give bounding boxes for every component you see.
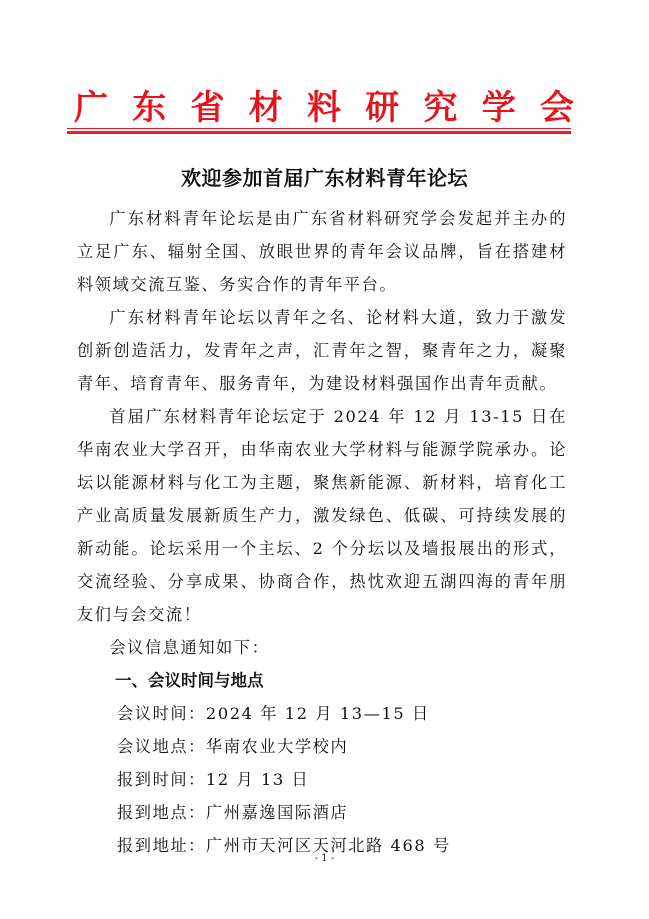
letterhead-rule-thin (67, 128, 571, 129)
org-title-char: 究 (424, 80, 458, 129)
document-title: 欢迎参加首届广东材料青年论坛 (0, 162, 649, 191)
page-number: - 1 - (0, 853, 649, 864)
paragraph-mission: 广东材料青年论坛以青年之名、论材料大道，致力于激发创新创造活力，发青年之声，汇青… (77, 301, 567, 400)
org-title-char: 会 (540, 80, 574, 129)
paragraph-intro: 广东材料青年论坛是由广东省材料研究学会发起并主办的立足广东、辐射全国、放眼世界的… (77, 202, 567, 301)
org-title-char: 研 (365, 80, 399, 129)
info-registration-location: 报到地点：广州嘉逸国际酒店 (77, 796, 567, 829)
info-meeting-time: 会议时间：2024 年 12 月 13—15 日 (77, 697, 567, 730)
info-meeting-location: 会议地点：华南农业大学校内 (77, 730, 567, 763)
info-registration-time: 报到时间：12 月 13 日 (77, 763, 567, 796)
org-title-char: 学 (482, 80, 516, 129)
paragraph-details: 首届广东材料青年论坛定于 2024 年 12 月 13-15 日在华南农业大学召… (77, 400, 567, 631)
letterhead-rule-thick (67, 131, 571, 134)
org-title-char: 东 (132, 80, 166, 129)
document-body: 广东材料青年论坛是由广东省材料研究学会发起并主办的立足广东、辐射全国、放眼世界的… (77, 202, 567, 862)
org-title-char: 材 (249, 80, 283, 129)
section-heading-time-location: 一、会议时间与地点 (77, 664, 567, 697)
org-title-char: 广 (74, 80, 108, 129)
org-letterhead-title: 广 东 省 材 料 研 究 学 会 (74, 80, 574, 128)
org-title-char: 料 (307, 80, 341, 129)
org-title-char: 省 (191, 80, 225, 129)
paragraph-notice-lead: 会议信息通知如下： (77, 631, 567, 664)
